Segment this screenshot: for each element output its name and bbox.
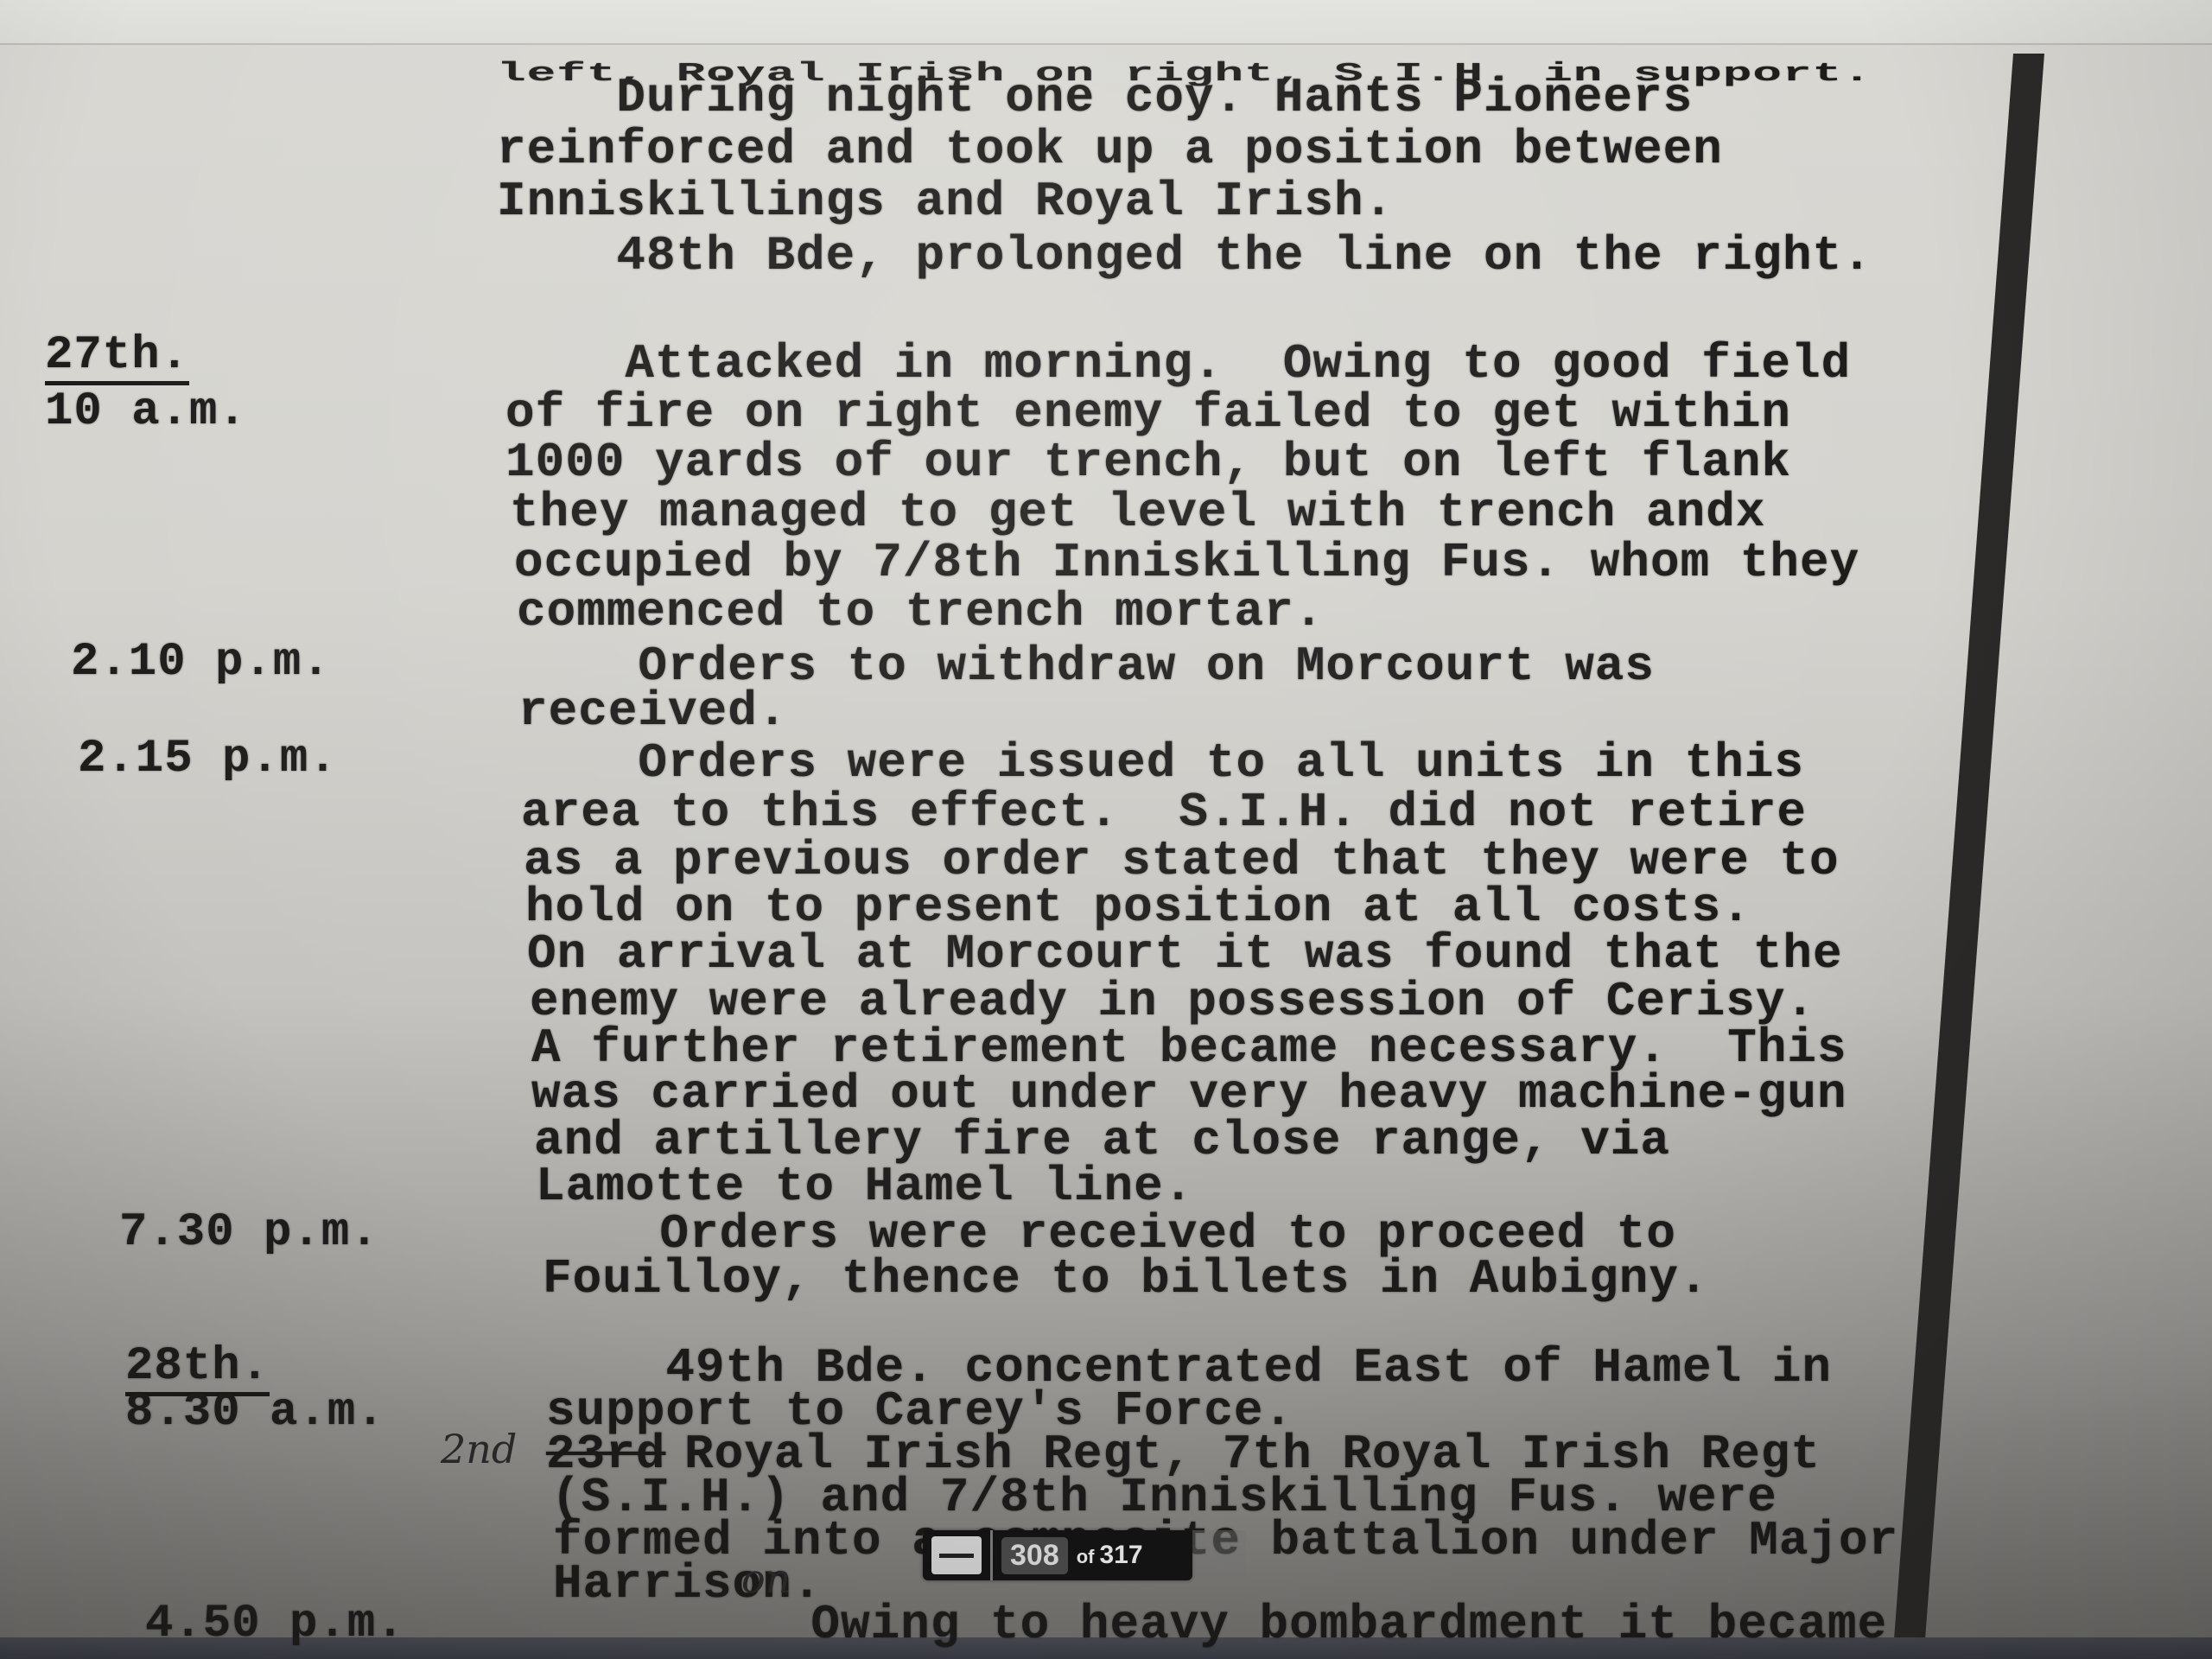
text-line: Orders were issued to all units in this [518, 739, 1804, 787]
text-line: On arrival at Morcourt it was found that… [527, 930, 1843, 978]
time-label: 7.30 p.m. [119, 1210, 379, 1256]
text-line: area to this effect. S.I.H. did not reti… [521, 788, 1807, 836]
text-line: Owing to heavy bombardment it became [691, 1600, 1887, 1649]
date-label: 27th. [45, 333, 189, 385]
text-line: Attacked in morning. Owing to good field [505, 340, 1851, 388]
text-line: A further retirement became necessary. T… [531, 1024, 1847, 1072]
text-line: Fouilloy, thence to billets in Aubigny. [543, 1255, 1709, 1303]
of-label: of [1077, 1546, 1095, 1567]
text-line: Inniskillings and Royal Irish. [497, 177, 1394, 226]
text-line: reinforced and took up a position betwee… [497, 125, 1723, 174]
time-label: 2.15 p.m. [78, 736, 338, 783]
text-line: hold on to present position at all costs… [525, 883, 1751, 931]
page-count: of317 [1077, 1541, 1143, 1570]
time-label: 8.30 a.m. [125, 1389, 385, 1436]
text-line: During night one coy. Hants Pioneers [497, 73, 1693, 122]
text-line: as a previous order stated that they wer… [524, 836, 1840, 885]
text-line: 48th Bde, prolonged the line on the righ… [497, 232, 1872, 280]
menu-icon[interactable] [931, 1536, 982, 1574]
text-line: they managed to get level with trench an… [510, 488, 1765, 537]
text-line: and artillery fire at close range, via [534, 1116, 1670, 1165]
time-label: 10 a.m. [45, 389, 247, 435]
text-line: of fire on right enemy failed to get wit… [505, 389, 1791, 437]
text-line: was carried out under very heavy machine… [531, 1070, 1847, 1118]
text-line: commenced to trench mortar. [517, 588, 1324, 636]
time-label: 2.10 p.m. [71, 639, 331, 686]
divider [990, 1530, 993, 1580]
handwritten-correction: 2nd [441, 1426, 517, 1472]
zoom-button[interactable] [1192, 1530, 1246, 1580]
screen-top-bezel [0, 0, 2212, 45]
current-page-input[interactable]: 308 [1001, 1537, 1068, 1574]
total-pages: 317 [1100, 1541, 1143, 1569]
text-line: Lamotte to Hamel line. [536, 1162, 1193, 1211]
text-line: received. [518, 687, 787, 735]
time-label: 4.50 p.m. [145, 1601, 405, 1648]
page-edge-bar [1894, 54, 2044, 1639]
page-navigator[interactable]: 308 of317 [923, 1530, 1192, 1580]
text-line: enemy were already in possession of Ceri… [530, 977, 1815, 1026]
text-line: occupied by 7/8th Inniskilling Fus. whom… [514, 538, 1859, 587]
text-line: 1000 yards of our trench, but on left fl… [505, 438, 1791, 486]
handwritten-suffix: on [741, 1555, 791, 1602]
